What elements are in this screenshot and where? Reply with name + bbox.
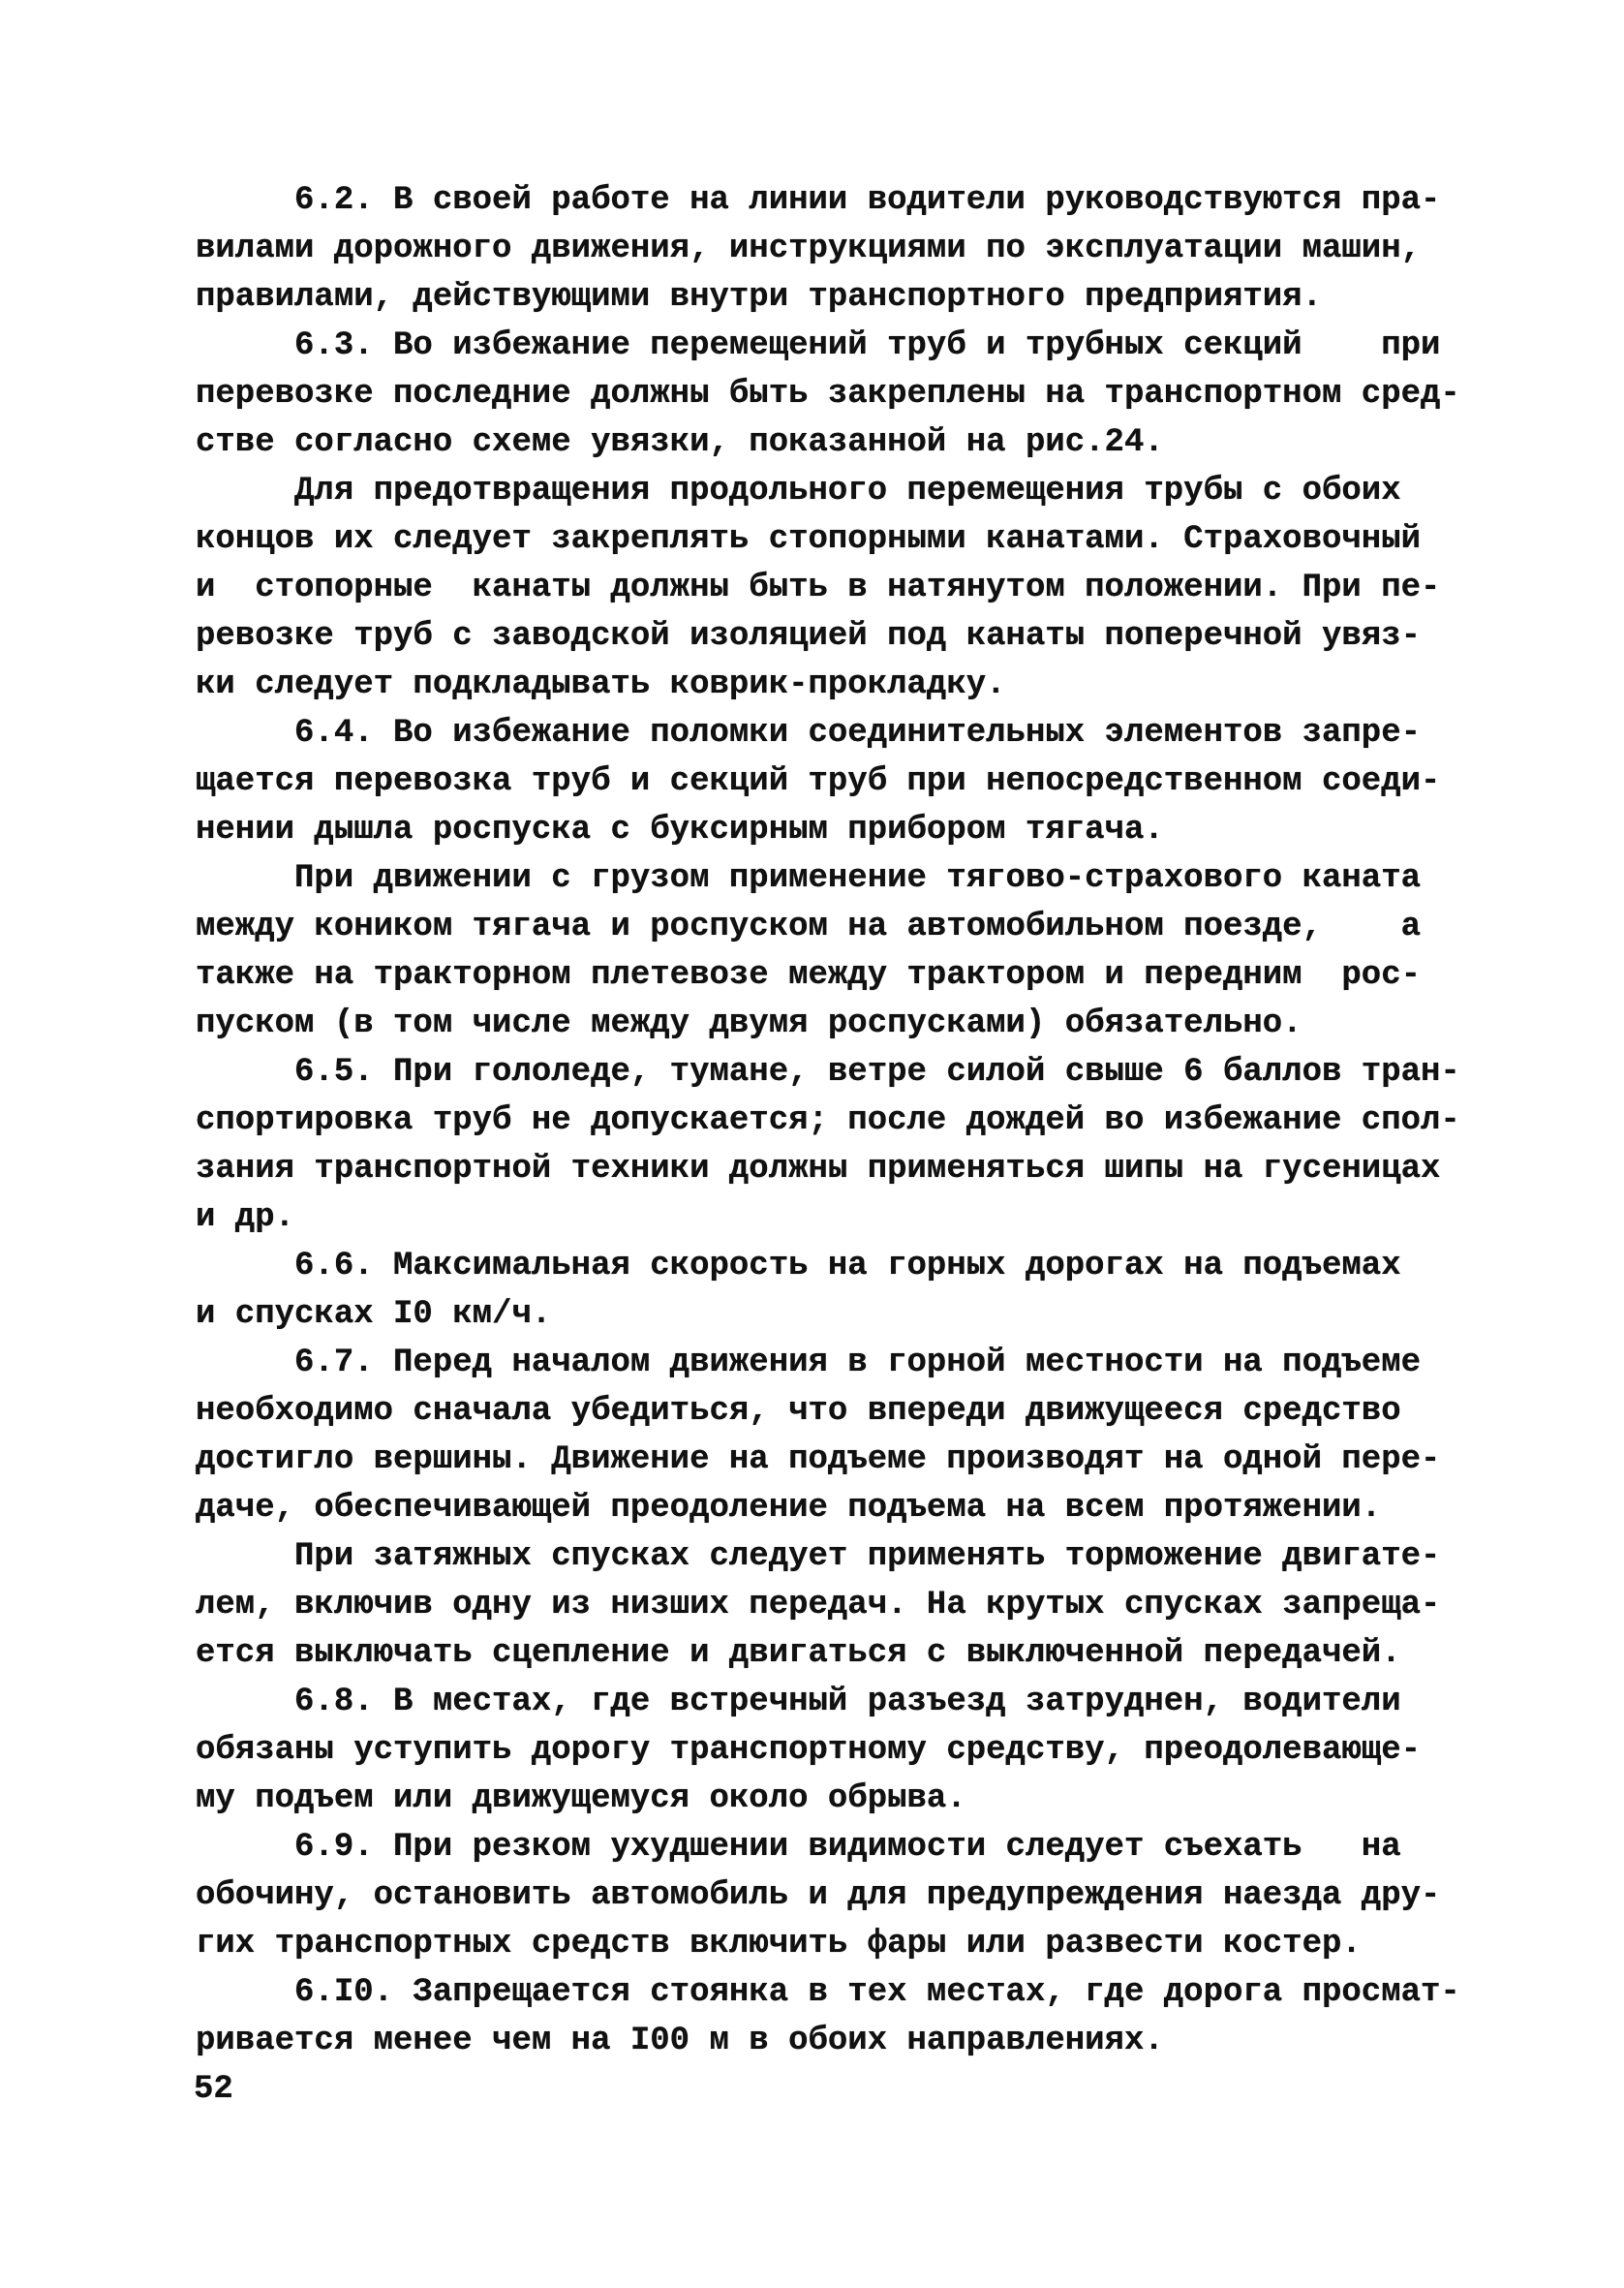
text-line: гих транспортных средств включить фары и… xyxy=(196,1920,1571,1968)
text-line: При движении с грузом применение тягово-… xyxy=(196,854,1571,903)
text-line: вилами дорожного движения, инструкциями … xyxy=(196,225,1571,273)
text-line: 6.7. Перед началом движения в горной мес… xyxy=(196,1339,1571,1387)
document-page: 6.2. В своей работе на линии водители ру… xyxy=(0,0,1624,2288)
text-line: даче, обеспечивающей преодоление подъема… xyxy=(196,1484,1571,1532)
text-line: му подъем или движущемуся около обрыва. xyxy=(196,1775,1571,1823)
text-line: правилами, действующими внутри транспорт… xyxy=(196,273,1571,322)
text-line: 6.4. Во избежание поломки соединительных… xyxy=(196,709,1571,758)
text-line: зания транспортной техники должны примен… xyxy=(196,1145,1571,1193)
text-line: ки следует подкладывать коврик-прокладку… xyxy=(196,661,1571,709)
page-number: 52 xyxy=(194,2065,233,2114)
text-line: щается перевозка труб и секций труб при … xyxy=(196,758,1571,806)
text-line: между коником тягача и роспуском на авто… xyxy=(196,903,1571,951)
text-line: и спусках I0 км/ч. xyxy=(196,1290,1571,1339)
text-line: При затяжных спусках следует применять т… xyxy=(196,1532,1571,1581)
text-line: пуском (в том числе между двумя роспуска… xyxy=(196,1000,1571,1048)
text-line: 6.5. При гололеде, тумане, ветре силой с… xyxy=(196,1048,1571,1097)
text-line: Для предотвращения продольного перемещен… xyxy=(196,467,1571,515)
text-line: достигло вершины. Движение на подъеме пр… xyxy=(196,1436,1571,1484)
text-line: перевозке последние должны быть закрепле… xyxy=(196,370,1571,418)
text-line: ривается менее чем на I00 м в обоих напр… xyxy=(196,2017,1571,2065)
text-line: концов их следует закреплять стопорными … xyxy=(196,515,1571,564)
text-line: также на тракторном плетевозе между трак… xyxy=(196,951,1571,1000)
text-line: 6.I0. Запрещается стоянка в тех местах, … xyxy=(196,1968,1571,2017)
text-line: 6.2. В своей работе на линии водители ру… xyxy=(196,176,1571,225)
text-line: 6.8. В местах, где встречный разъезд зат… xyxy=(196,1678,1571,1726)
body-text: 6.2. В своей работе на линии водители ру… xyxy=(196,176,1571,2065)
text-line: лем, включив одну из низших передач. На … xyxy=(196,1581,1571,1629)
text-line: 6.9. При резком ухудшении видимости след… xyxy=(196,1823,1571,1871)
text-line: нении дышла роспуска с буксирным приборо… xyxy=(196,806,1571,854)
text-line: стве согласно схеме увязки, показанной н… xyxy=(196,418,1571,467)
text-line: 6.6. Максимальная скорость на горных дор… xyxy=(196,1242,1571,1290)
text-line: ревозке труб с заводской изоляцией под к… xyxy=(196,612,1571,661)
text-line: и стопорные канаты должны быть в натянут… xyxy=(196,564,1571,612)
text-line: 6.3. Во избежание перемещений труб и тру… xyxy=(196,322,1571,370)
text-line: ется выключать сцепление и двигаться с в… xyxy=(196,1629,1571,1678)
text-line: необходимо сначала убедиться, что вперед… xyxy=(196,1387,1571,1436)
text-line: и др. xyxy=(196,1193,1571,1242)
text-line: обязаны уступить дорогу транспортному ср… xyxy=(196,1726,1571,1775)
text-line: обочину, остановить автомобиль и для пре… xyxy=(196,1871,1571,1920)
text-line: спортировка труб не допускается; после д… xyxy=(196,1097,1571,1145)
